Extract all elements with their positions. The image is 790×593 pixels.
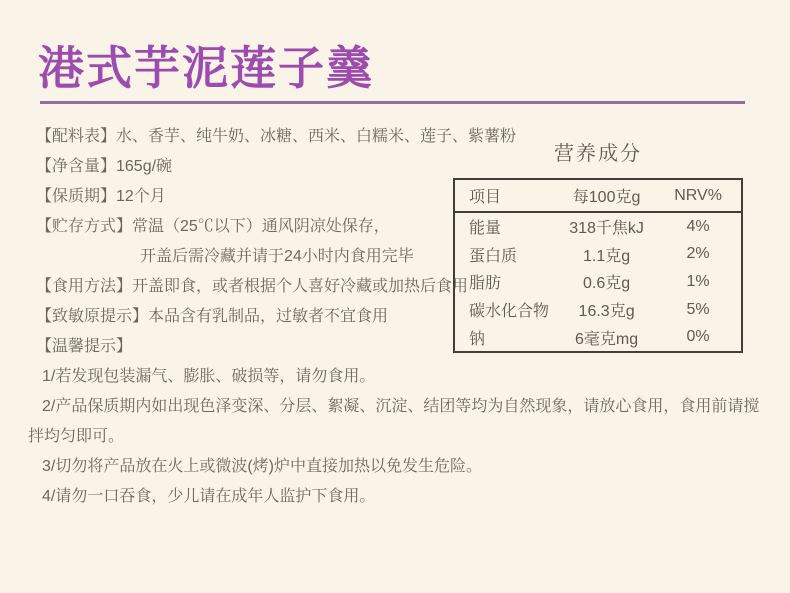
nutrient-name: 能量: [455, 215, 558, 238]
nutrition-row-sodium: 钠 6毫克mg 0%: [455, 323, 741, 351]
nutrient-name: 蛋白质: [455, 243, 558, 266]
nutrient-nrv: 5%: [655, 301, 741, 319]
nutrition-title: 营养成分: [453, 143, 743, 178]
nutrition-row-energy: 能量 318千焦kJ 4%: [455, 213, 741, 241]
nutrition-row-carbohydrate: 碳水化合物 16.3克g 5%: [455, 296, 741, 324]
nutrient-nrv: 1%: [655, 273, 741, 291]
product-title: 港式芋泥莲子羹: [38, 32, 374, 98]
nutrition-col-nrv: NRV%: [655, 187, 741, 205]
nutrition-col-item: 项目: [455, 184, 558, 207]
nutrition-section: 营养成分 项目 每100克g NRV% 能量 318千焦kJ 4% 蛋白质 1.…: [453, 143, 743, 178]
info-line-tip-2: 2/产品保质期内如出现色泽变深、分层、絮凝、沉淀、结团等均为自然现象，请放心食用…: [0, 392, 790, 422]
nutrient-amount: 318千焦kJ: [558, 215, 655, 238]
nutrition-row-fat: 脂肪 0.6克g 1%: [455, 268, 741, 296]
nutrition-header-row: 项目 每100克g NRV%: [455, 180, 741, 213]
title-divider: [40, 101, 745, 104]
nutrition-table: 项目 每100克g NRV% 能量 318千焦kJ 4% 蛋白质 1.1克g 2…: [453, 178, 743, 353]
nutrient-name: 碳水化合物: [455, 298, 558, 321]
nutrient-amount: 0.6克g: [558, 270, 655, 293]
info-line-tip-2-continued: 拌均匀即可。: [0, 422, 790, 452]
nutrient-name: 钠: [455, 326, 558, 349]
nutrient-nrv: 0%: [655, 328, 741, 346]
info-line-tip-1: 1/若发现包装漏气、膨胀、破损等，请勿食用。: [0, 362, 790, 392]
product-label-page: 港式芋泥莲子羹 【配料表】水、香芋、纯牛奶、冰糖、西米、白糯米、莲子、紫薯粉 【…: [0, 0, 790, 593]
nutrient-nrv: 4%: [655, 218, 741, 236]
nutrition-col-per-100g: 每100克g: [558, 184, 655, 207]
nutrition-body: 能量 318千焦kJ 4% 蛋白质 1.1克g 2% 脂肪 0.6克g 1% 碳…: [455, 213, 741, 351]
nutrient-amount: 1.1克g: [558, 243, 655, 266]
nutrient-nrv: 2%: [655, 245, 741, 263]
info-line-tip-4: 4/请勿一口吞食，少儿请在成年人监护下食用。: [0, 482, 790, 512]
info-line-tip-3: 3/切勿将产品放在火上或微波(烤)炉中直接加热以免发生危险。: [0, 452, 790, 482]
nutrient-amount: 16.3克g: [558, 298, 655, 321]
nutrient-name: 脂肪: [455, 270, 558, 293]
nutrition-row-protein: 蛋白质 1.1克g 2%: [455, 241, 741, 269]
nutrient-amount: 6毫克mg: [558, 326, 655, 349]
